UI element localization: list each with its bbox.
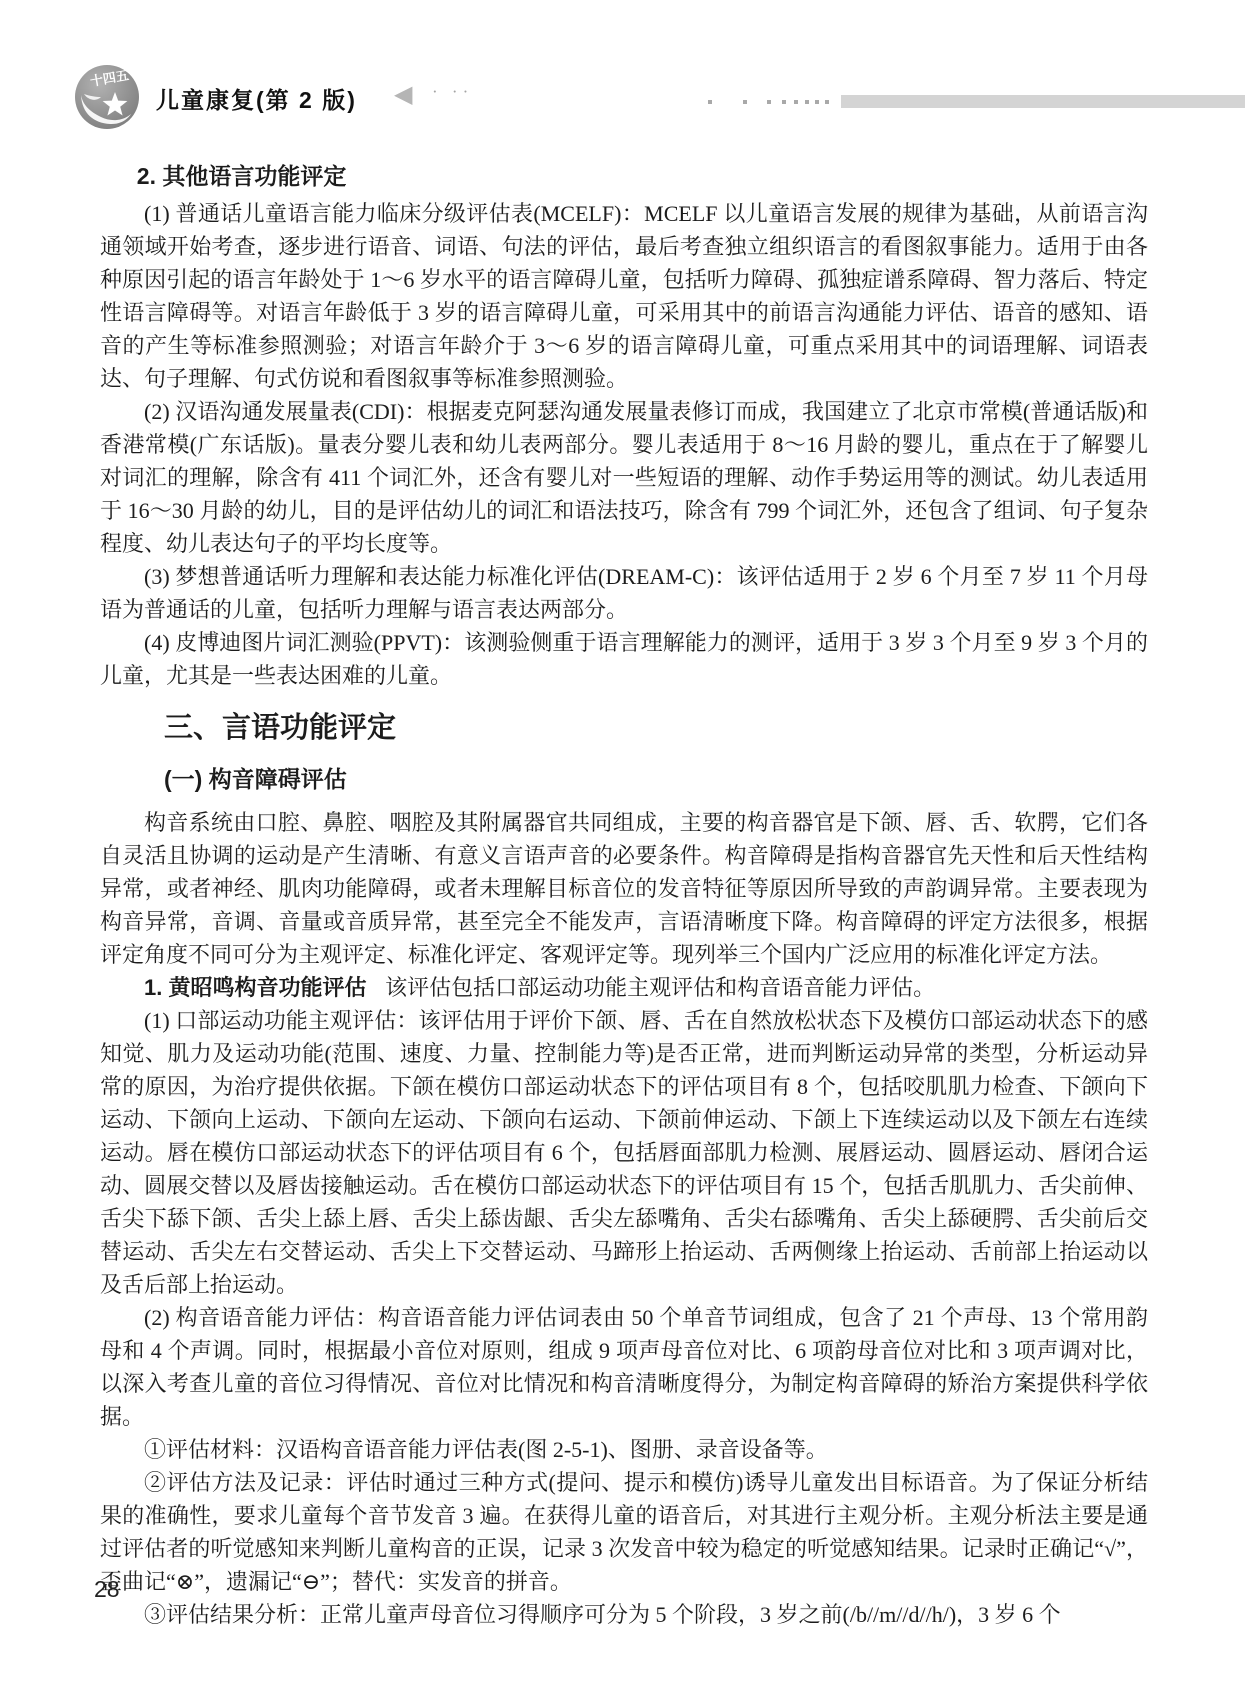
huang-assessment-rest: 该评估包括口部运动功能主观评估和构音语音能力评估。 xyxy=(385,975,935,1000)
book-page: 十四五 儿童康复(第 2 版) ◀ · ·· 2. 其他语言功能评定 (1) 普… xyxy=(0,0,1245,1688)
page-number: 28 xyxy=(94,1576,120,1603)
header-dot xyxy=(708,100,712,104)
header-dot xyxy=(743,100,747,104)
para-ppvt: (4) 皮博迪图片词汇测验(PPVT)：该测验侧重于语言理解能力的测评，适用于 … xyxy=(100,626,1148,692)
page-header: 十四五 儿童康复(第 2 版) ◀ · ·· xyxy=(72,62,1245,134)
para-item-result-analysis: ③评估结果分析：正常儿童声母音位习得顺序可分为 5 个阶段，3 岁之前(/b//… xyxy=(100,1598,1148,1631)
para-item-materials: ①评估材料：汉语构音语音能力评估表(图 2-5-1)、图册、录音设备等。 xyxy=(100,1433,1148,1466)
header-dot xyxy=(825,100,829,104)
para-dream: (3) 梦想普通话听力理解和表达能力标准化评估(DREAM-C)：该评估适用于 … xyxy=(100,560,1148,626)
header-dot xyxy=(794,100,798,104)
chapter-arrow-icon: ◀ xyxy=(394,80,412,109)
para-item-method-record: ②评估方法及记录：评估时通过三种方式(提问、提示和模仿)诱导儿童发出目标语音。为… xyxy=(100,1466,1148,1598)
page-content: 2. 其他语言功能评定 (1) 普通话儿童语言能力临床分级评估表(MCELF)：… xyxy=(100,158,1148,1631)
logo-graphic: 十四五 xyxy=(74,64,140,130)
header-dot xyxy=(805,100,809,104)
para-oral-motor-assessment: (1) 口部运动功能主观评估：该评估用于评价下颌、唇、舌在自然放松状态下及模仿口… xyxy=(100,1004,1148,1301)
header-rule-bar xyxy=(841,95,1245,108)
book-title: 儿童康复(第 2 版) xyxy=(156,82,357,115)
heading-speech-function-assessment: 三、言语功能评定 xyxy=(100,706,1148,750)
header-dot xyxy=(815,100,819,104)
header-dot xyxy=(782,100,786,104)
heading-articulation-disorder-assessment: (一) 构音障碍评估 xyxy=(100,760,1148,798)
huang-assessment-lead: 1. 黄昭鸣构音功能评估 xyxy=(144,975,366,1000)
para-speech-ability-assessment: (2) 构音语音能力评估：构音语音能力评估词表由 50 个单音节词组成，包含了 … xyxy=(100,1301,1148,1433)
para-huang-assessment: 1. 黄昭鸣构音功能评估该评估包括口部运动功能主观评估和构音语音能力评估。 xyxy=(100,971,1148,1004)
header-decoration xyxy=(708,95,1245,108)
para-articulation-intro: 构音系统由口腔、鼻腔、咽腔及其附属器官共同组成，主要的构音器官是下颌、唇、舌、软… xyxy=(100,806,1148,971)
para-mcelf: (1) 普通话儿童语言能力临床分级评估表(MCELF)：MCELF 以儿童语言发… xyxy=(100,197,1148,395)
publisher-logo-icon: 十四五 xyxy=(74,64,140,130)
para-cdi: (2) 汉语沟通发展量表(CDI)：根据麦克阿瑟沟通发展量表修订而成，我国建立了… xyxy=(100,395,1148,560)
heading-other-language-assessment: 2. 其他语言功能评定 xyxy=(100,158,1148,194)
header-dot xyxy=(767,100,771,104)
title-dots: · ·· xyxy=(432,82,473,102)
